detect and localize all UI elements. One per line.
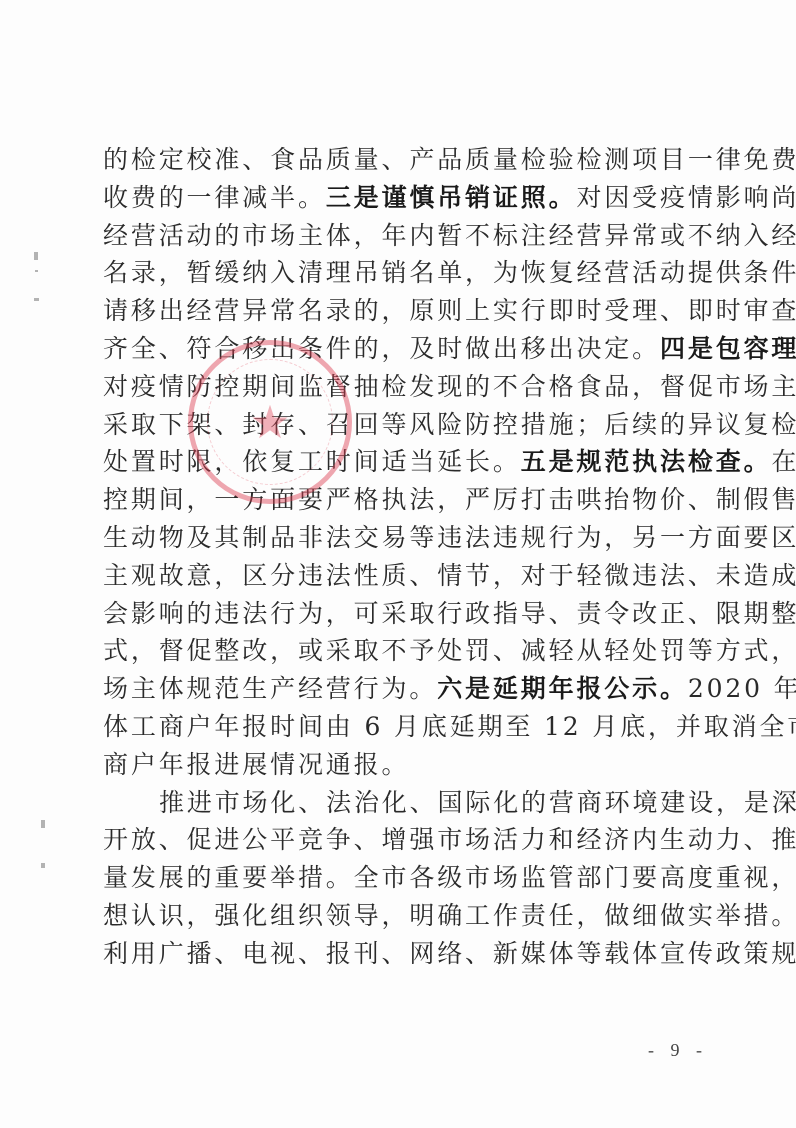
margin-mark bbox=[34, 298, 39, 301]
document-page: 的检定校准、食品质量、产品质量检验检测项目一律免费，确需收费的一律减半。三是谨慎… bbox=[0, 0, 796, 1128]
text-segment: 在疫情防 bbox=[771, 447, 796, 476]
text-segment: 开放、促进公平竞争、增强市场活力和经济内生动力、推动高质 bbox=[103, 825, 796, 854]
text-line: 体工商户年报时间由 6 月底延期至 12 月底，并取消全市个体工 bbox=[103, 708, 703, 746]
text-line: 的检定校准、食品质量、产品质量检验检测项目一律免费，确需 bbox=[103, 141, 703, 179]
text-segment: 想认识，强化组织领导，明确工作责任，做细做实举措。要充分 bbox=[103, 901, 796, 930]
page-number: - 9 - bbox=[648, 1040, 708, 1061]
text-segment: 推进市场化、法治化、国际化的营商环境建设，是深化改革 bbox=[159, 788, 796, 817]
text-segment: 对因受疫情影响尚未开展 bbox=[576, 183, 796, 212]
text-segment: 采取下架、封存、召回等风险防控措施；后续的异议复检和核查 bbox=[103, 410, 796, 439]
bold-heading-phrase: 六是延期年报公示。 bbox=[437, 674, 688, 703]
text-segment: 主观故意，区分违法性质、情节，对于轻微违法、未造成严重社 bbox=[103, 561, 796, 590]
text-line: 推进市场化、法治化、国际化的营商环境建设，是深化改革 bbox=[103, 784, 703, 822]
bold-heading-phrase: 四是包容理性处置。 bbox=[660, 334, 796, 363]
text-segment: 商户年报进展情况通报。 bbox=[103, 750, 409, 779]
text-segment: 量发展的重要举措。全市各级市场监管部门要高度重视，提高思 bbox=[103, 863, 796, 892]
text-segment: 生动物及其制品非法交易等违法违规行为，另一方面要区分有无 bbox=[103, 523, 796, 552]
text-segment: 齐全、符合移出条件的，及时做出移出决定。 bbox=[103, 334, 660, 363]
margin-mark bbox=[41, 863, 45, 868]
bold-heading-phrase: 三是谨慎吊销证照。 bbox=[326, 183, 577, 212]
text-segment: 控期间，一方面要严格执法，严厉打击哄抬物价、制假售假、野 bbox=[103, 485, 796, 514]
text-line: 经营活动的市场主体，年内暂不标注经营异常或不纳入经营异常 bbox=[103, 217, 703, 255]
text-line: 采取下架、封存、召回等风险防控措施；后续的异议复检和核查 bbox=[103, 406, 703, 444]
text-line: 会影响的违法行为，可采取行政指导、责令改正、限期整改等方 bbox=[103, 595, 703, 633]
text-segment: 经营活动的市场主体，年内暂不标注经营异常或不纳入经营异常 bbox=[103, 221, 796, 250]
text-line: 商户年报进展情况通报。 bbox=[103, 746, 703, 784]
text-segment: 式，督促整改，或采取不予处罚、减轻从轻处罚等方式，教育市 bbox=[103, 636, 796, 665]
text-segment: 体工商户年报时间由 6 月底延期至 12 月底，并取消全市个体工 bbox=[103, 712, 796, 741]
text-segment: 收费的一律减半。 bbox=[103, 183, 326, 212]
bold-heading-phrase: 五是规范执法检查。 bbox=[521, 447, 772, 476]
text-line: 请移出经营异常名录的，原则上实行即时受理、即时审查，材料 bbox=[103, 292, 703, 330]
body-text: 的检定校准、食品质量、产品质量检验检测项目一律免费，确需收费的一律减半。三是谨慎… bbox=[103, 141, 703, 973]
text-segment: 2020 年全市个 bbox=[688, 674, 796, 703]
text-segment: 场主体规范生产经营行为。 bbox=[103, 674, 437, 703]
text-segment: 会影响的违法行为，可采取行政指导、责令改正、限期整改等方 bbox=[103, 599, 796, 628]
text-line: 利用广播、电视、报刊、网络、新媒体等载体宣传政策规定和具 bbox=[103, 935, 703, 973]
text-line: 场主体规范生产经营行为。六是延期年报公示。2020 年全市个 bbox=[103, 670, 703, 708]
text-segment: 请移出经营异常名录的，原则上实行即时受理、即时审查，材料 bbox=[103, 296, 796, 325]
text-line: 想认识，强化组织领导，明确工作责任，做细做实举措。要充分 bbox=[103, 897, 703, 935]
text-line: 齐全、符合移出条件的，及时做出移出决定。四是包容理性处置。 bbox=[103, 330, 703, 368]
text-segment: 名录，暂缓纳入清理吊销名单，为恢复经营活动提供条件。凡申 bbox=[103, 258, 796, 287]
text-line: 量发展的重要举措。全市各级市场监管部门要高度重视，提高思 bbox=[103, 859, 703, 897]
text-line: 收费的一律减半。三是谨慎吊销证照。对因受疫情影响尚未开展 bbox=[103, 179, 703, 217]
text-segment: 的检定校准、食品质量、产品质量检验检测项目一律免费，确需 bbox=[103, 145, 796, 174]
margin-mark bbox=[41, 820, 45, 828]
text-line: 主观故意，区分违法性质、情节，对于轻微违法、未造成严重社 bbox=[103, 557, 703, 595]
text-line: 开放、促进公平竞争、增强市场活力和经济内生动力、推动高质 bbox=[103, 821, 703, 859]
text-line: 处置时限，依复工时间适当延长。五是规范执法检查。在疫情防 bbox=[103, 443, 703, 481]
text-segment: 利用广播、电视、报刊、网络、新媒体等载体宣传政策规定和具 bbox=[103, 939, 796, 968]
text-line: 生动物及其制品非法交易等违法违规行为，另一方面要区分有无 bbox=[103, 519, 703, 557]
text-line: 名录，暂缓纳入清理吊销名单，为恢复经营活动提供条件。凡申 bbox=[103, 254, 703, 292]
text-segment: 处置时限，依复工时间适当延长。 bbox=[103, 447, 521, 476]
margin-mark bbox=[34, 252, 38, 260]
margin-mark bbox=[35, 270, 38, 272]
text-line: 控期间，一方面要严格执法，严厉打击哄抬物价、制假售假、野 bbox=[103, 481, 703, 519]
text-line: 对疫情防控期间监督抽检发现的不合格食品，督促市场主体立即 bbox=[103, 368, 703, 406]
text-line: 式，督促整改，或采取不予处罚、减轻从轻处罚等方式，教育市 bbox=[103, 632, 703, 670]
text-segment: 对疫情防控期间监督抽检发现的不合格食品，督促市场主体立即 bbox=[103, 372, 796, 401]
